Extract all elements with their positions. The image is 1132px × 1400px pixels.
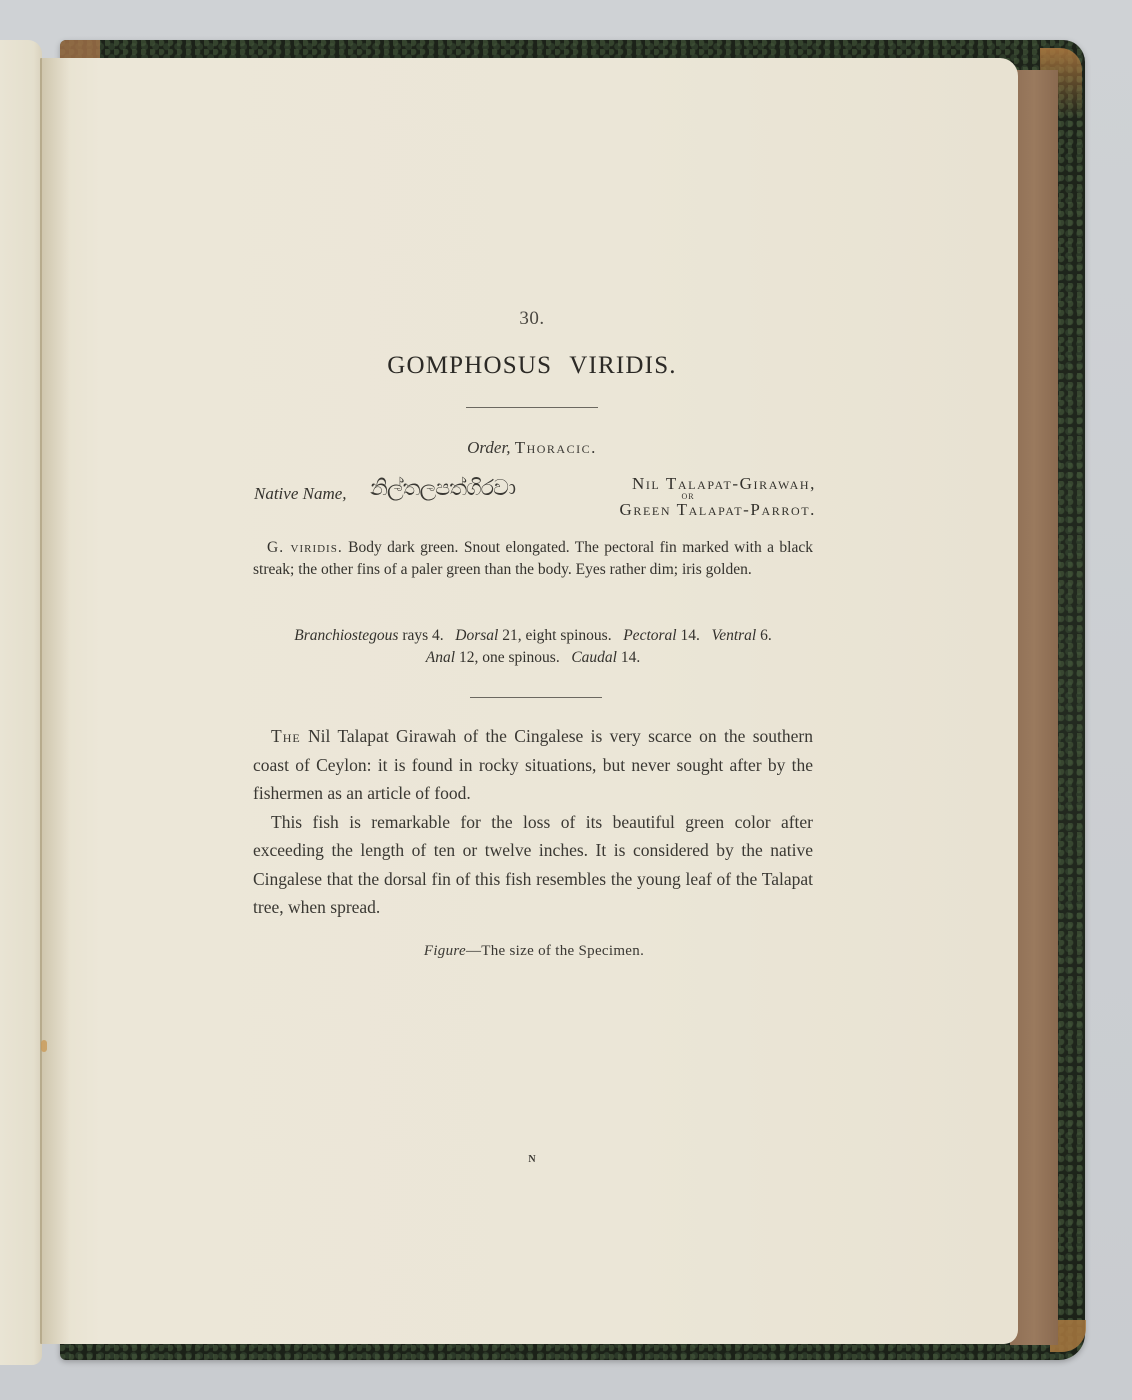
paragraph-1-text: Nil Talapat Girawah of the Cingalese is … xyxy=(253,726,813,803)
anal-value: 12, one spinous. xyxy=(459,649,560,666)
body-text: The Nil Talapat Girawah of the Cingalese… xyxy=(253,722,813,922)
figure-caption-text: —The size of the Specimen. xyxy=(466,943,644,959)
pectoral-label: Pectoral xyxy=(623,627,676,644)
anal-label: Anal xyxy=(426,649,455,666)
figure-caption: Figure—The size of the Specimen. xyxy=(2,943,1066,960)
divider-rule xyxy=(470,697,602,698)
paragraph-lead: The xyxy=(271,726,301,746)
dorsal-value: 21, eight spinous. xyxy=(502,627,611,644)
page-title: GOMPHOSUS VIRIDIS. xyxy=(0,352,1064,380)
caudal-label: Caudal xyxy=(571,649,617,666)
figure-label: Figure xyxy=(424,943,466,959)
order-label: Order, xyxy=(467,438,510,457)
page-content: 30. GOMPHOSUS VIRIDIS. Order, Thoracic. … xyxy=(0,0,1132,1400)
native-name-sinhala: නිල්තලපත්ගිරවා xyxy=(370,476,515,501)
fin-formula: Branchiostegous rays 4. Dorsal 21, eight… xyxy=(253,625,813,669)
species-description: G. viridis. Body dark green. Snout elong… xyxy=(253,537,813,580)
native-name-2: Green Talapat-Parrot. xyxy=(560,500,816,520)
ventral-value: 6. xyxy=(760,627,772,644)
dorsal-label: Dorsal xyxy=(455,627,498,644)
body-paragraph: This fish is remarkable for the loss of … xyxy=(253,808,813,922)
branchiostegous-value: rays 4. xyxy=(402,627,443,644)
divider-rule xyxy=(466,407,598,408)
plate-number: 30. xyxy=(0,308,1064,330)
pectoral-value: 14. xyxy=(680,627,699,644)
description-lead: G. viridis. xyxy=(267,539,343,556)
order-value: Thoracic. xyxy=(515,438,597,457)
order-line: Order, Thoracic. xyxy=(0,438,1064,458)
ventral-label: Ventral xyxy=(711,627,756,644)
native-name-label: Native Name, xyxy=(254,484,347,504)
branchiostegous-label: Branchiostegous xyxy=(294,627,398,644)
body-paragraph: The Nil Talapat Girawah of the Cingalese… xyxy=(253,722,813,808)
native-names-block: Nil Talapat-Girawah, OR Green Talapat-Pa… xyxy=(560,474,816,520)
caudal-value: 14. xyxy=(621,649,640,666)
signature-mark: N xyxy=(0,1154,1064,1165)
native-name-1: Nil Talapat-Girawah, xyxy=(560,474,816,494)
